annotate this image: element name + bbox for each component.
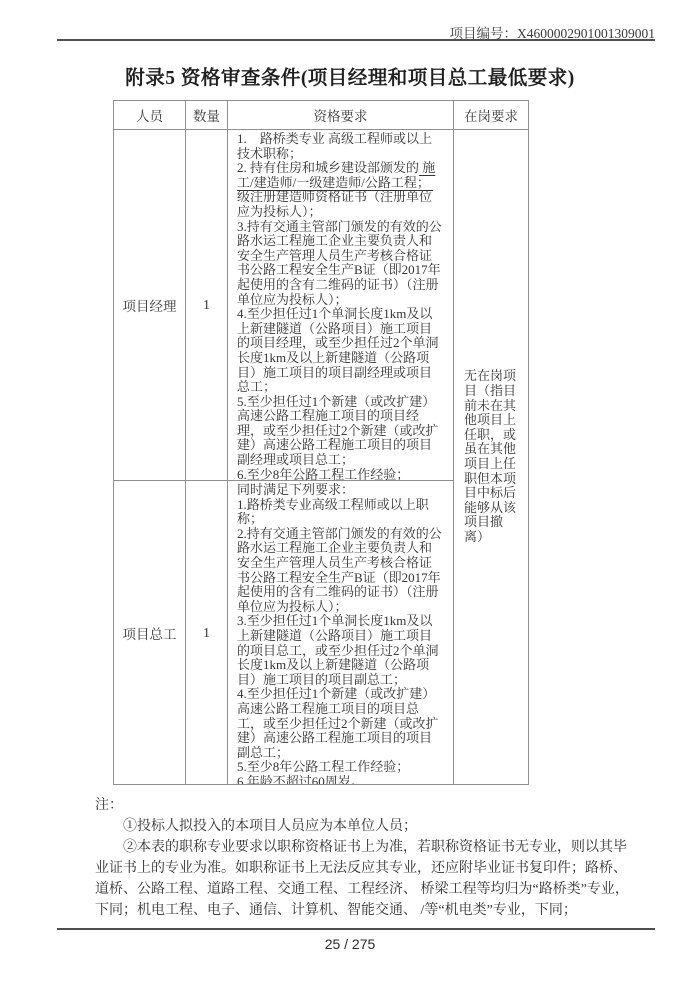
quantity-cell-chief-engineer: 1 [186, 481, 228, 785]
col-header-qualification: 资格要求 [228, 101, 454, 130]
requirement-item: 2. 持有住房和城乡建设部颁发的 施工/建造师/一级建造师/公路工程； 级注册建… [237, 161, 444, 219]
requirement-item: 1.路桥类专业高级工程师或以上职称； [237, 498, 444, 527]
requirement-item: 6.至少8年公路工程工作经验； [237, 468, 444, 480]
requirement-item: 4.至少担任过1个新建（或改扩建）高速公路工程施工项目的项目总工，或至少担任过2… [237, 687, 444, 760]
on-duty-requirement-cell: 无在岗项目（指目前未在其他项目上任职，或虽在其他项目上任职但本项目中标后能够从该… [454, 130, 529, 785]
table-header-row: 人员 数量 资格要求 在岗要求 [114, 101, 529, 130]
col-header-person: 人员 [114, 101, 186, 130]
requirements-cell-project-manager: 1. 路桥类专业 高级工程师或以上技术职称； 2. 持有住房和城乡建设部颁发的 … [228, 130, 454, 481]
notes-section: 注： ①投标人拟投入的本项目人员应为本单位人员； ②本表的职称专业要求以职称资格… [95, 795, 629, 921]
document-page: 项目编号：X4600002901001309001 附录5 资格审查条件(项目经… [0, 0, 700, 990]
page-title: 附录5 资格审查条件(项目经理和项目总工最低要求) [0, 62, 700, 90]
requirement-item: 1. 路桥类专业 高级工程师或以上技术职称； [237, 132, 444, 161]
requirement-text: 级注册建造师资格证书（注册单位应为投标人）； [237, 189, 432, 219]
requirement-item: 3.至少担任过1个单洞长度1km及以上新建隧道（公路项目）施工项目的项目总工，或… [237, 614, 444, 687]
notes-label: 注： [95, 795, 629, 816]
requirement-item: 6.年龄不超过60周岁。 [237, 775, 444, 784]
requirements-cell-chief-engineer: 同时满足下列要求： 1.路桥类专业高级工程师或以上职称； 2.持有交通主管部门颁… [228, 481, 454, 785]
requirement-item: 5.至少8年公路工程工作经验； [237, 760, 444, 775]
requirements-text-project-manager: 1. 路桥类专业 高级工程师或以上技术职称； 2. 持有住房和城乡建设部颁发的 … [237, 132, 444, 480]
page-number: 25 / 275 [0, 936, 700, 952]
requirement-item: 同时满足下列要求： [237, 483, 444, 498]
note-1: ①投标人拟投入的本项目人员应为本单位人员； [95, 816, 629, 837]
requirement-item: 5.至少担任过1个新建（或改扩建）高速公路工程施工项目的项目经理，或至少担任过2… [237, 395, 444, 468]
table-row-project-manager: 项目经理 1 1. 路桥类专业 高级工程师或以上技术职称； 2. 持有住房和城乡… [114, 130, 529, 481]
role-cell-project-manager: 项目经理 [114, 130, 186, 481]
requirement-text: 2. 持有住房和城乡建设部颁发的 [237, 160, 419, 175]
col-header-quantity: 数量 [186, 101, 228, 130]
requirement-item: 3.持有交通主管部门颁发的有效的公路水运工程施工企业主要负责人和安全生产管理人员… [237, 220, 444, 308]
requirement-item: 4.至少担任过1个单洞长度1km及以上新建隧道（公路项目）施工项目的项目经理，或… [237, 307, 444, 395]
col-header-on-duty: 在岗要求 [454, 101, 529, 130]
role-cell-chief-engineer: 项目总工 [114, 481, 186, 785]
footer-rule [57, 928, 655, 930]
quantity-cell-project-manager: 1 [186, 130, 228, 481]
requirements-text-chief-engineer: 同时满足下列要求： 1.路桥类专业高级工程师或以上职称； 2.持有交通主管部门颁… [237, 483, 444, 784]
qualification-table: 人员 数量 资格要求 在岗要求 项目经理 1 1. 路桥类专业 高级工程师或以上… [113, 100, 529, 785]
requirement-item: 2.持有交通主管部门颁发的有效的公路水运工程施工企业主要负责人和安全生产管理人员… [237, 527, 444, 615]
header-rule [57, 39, 655, 41]
note-2: ②本表的职称专业要求以职称资格证书上为准，若职称资格证书无专业，则以其毕业证书上… [95, 837, 629, 921]
